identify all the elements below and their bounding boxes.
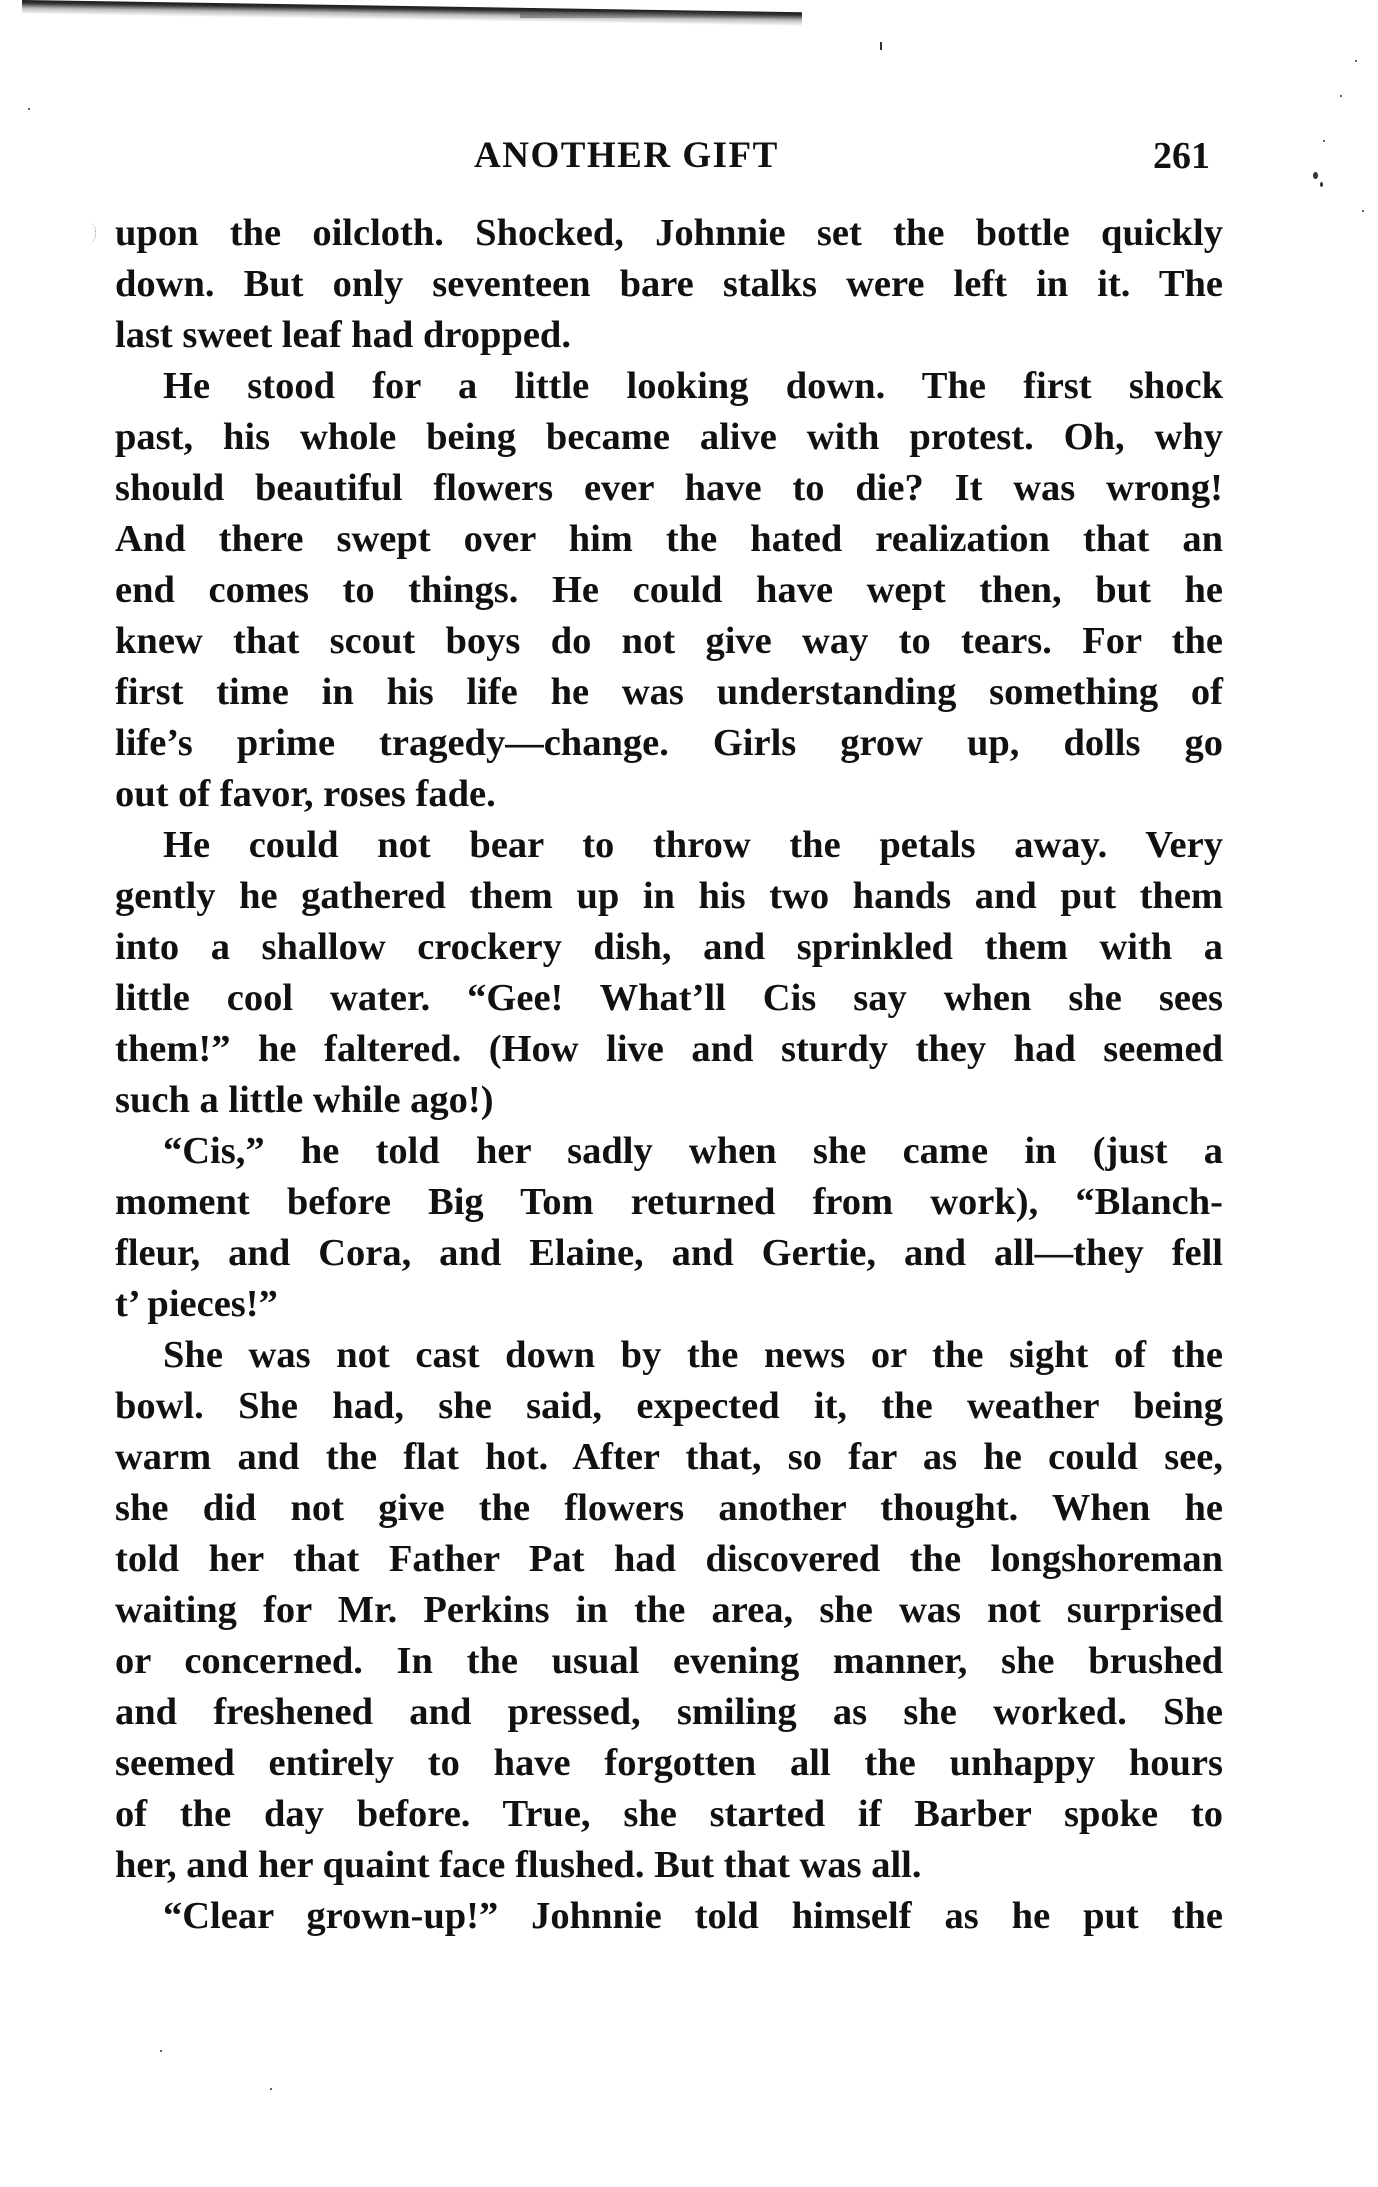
scan-speck bbox=[1323, 140, 1325, 142]
margin-scan-mark bbox=[87, 222, 96, 244]
text-line: fleur, and Cora, and Elaine, and Gertie,… bbox=[115, 1228, 1223, 1279]
text-line: and freshened and pressed, smiling as sh… bbox=[115, 1687, 1223, 1738]
text-line: end comes to things. He could have wept … bbox=[115, 565, 1223, 616]
text-line: out of favor, roses fade. bbox=[115, 769, 1223, 820]
text-line: of the day before. True, she started if … bbox=[115, 1789, 1223, 1840]
text-line: such a little while ago!) bbox=[115, 1075, 1223, 1126]
text-line: little cool water. “Gee! What’ll Cis say… bbox=[115, 973, 1223, 1024]
text-line: knew that scout boys do not give way to … bbox=[115, 616, 1223, 667]
text-line: her, and her quaint face flushed. But th… bbox=[115, 1840, 1223, 1891]
scan-speck bbox=[1355, 60, 1357, 62]
text-line: life’s prime tragedy—change. Girls grow … bbox=[115, 718, 1223, 769]
text-line: first time in his life he was understand… bbox=[115, 667, 1223, 718]
scan-speck bbox=[880, 42, 882, 50]
text-line: seemed entirely to have forgotten all th… bbox=[115, 1738, 1223, 1789]
text-line: upon the oilcloth. Shocked, Johnnie set … bbox=[115, 208, 1223, 259]
scan-speck bbox=[28, 108, 30, 110]
text-line: “Cis,” he told her sadly when she came i… bbox=[115, 1126, 1223, 1177]
running-head: ANOTHER GIFT 261 bbox=[0, 132, 1378, 180]
text-line: should beautiful flowers ever have to di… bbox=[115, 463, 1223, 514]
text-line: He could not bear to throw the petals aw… bbox=[115, 820, 1223, 871]
scan-top-edge-fade bbox=[520, 12, 800, 18]
text-line: told her that Father Pat had discovered … bbox=[115, 1534, 1223, 1585]
text-line: waiting for Mr. Perkins in the area, she… bbox=[115, 1585, 1223, 1636]
text-line: “Clear grown-up!” Johnnie told himself a… bbox=[115, 1891, 1223, 1942]
text-line: bowl. She had, she said, expected it, th… bbox=[115, 1381, 1223, 1432]
body-text: upon the oilcloth. Shocked, Johnnie set … bbox=[115, 208, 1223, 1942]
text-line: warm and the flat hot. After that, so fa… bbox=[115, 1432, 1223, 1483]
text-line: gently he gathered them up in his two ha… bbox=[115, 871, 1223, 922]
running-title: ANOTHER GIFT bbox=[474, 132, 779, 180]
scan-speck bbox=[1340, 95, 1342, 97]
text-line: or concerned. In the usual evening manne… bbox=[115, 1636, 1223, 1687]
text-line: moment before Big Tom returned from work… bbox=[115, 1177, 1223, 1228]
text-line: He stood for a little looking down. The … bbox=[115, 361, 1223, 412]
text-line: And there swept over him the hated reali… bbox=[115, 514, 1223, 565]
scan-speck bbox=[160, 2050, 162, 2052]
scan-speck bbox=[1362, 210, 1364, 212]
text-line: them!” he faltered. (How live and sturdy… bbox=[115, 1024, 1223, 1075]
text-line: past, his whole being became alive with … bbox=[115, 412, 1223, 463]
text-line: into a shallow crockery dish, and sprink… bbox=[115, 922, 1223, 973]
text-line: last sweet leaf had dropped. bbox=[115, 310, 1223, 361]
scan-speck bbox=[1313, 172, 1318, 179]
scan-speck bbox=[270, 2088, 272, 2090]
scan-speck bbox=[1320, 182, 1323, 187]
page-number: 261 bbox=[1153, 132, 1210, 180]
text-line: t’ pieces!” bbox=[115, 1279, 1223, 1330]
text-line: she did not give the flowers another tho… bbox=[115, 1483, 1223, 1534]
text-line: down. But only seventeen bare stalks wer… bbox=[115, 259, 1223, 310]
text-line: She was not cast down by the news or the… bbox=[115, 1330, 1223, 1381]
